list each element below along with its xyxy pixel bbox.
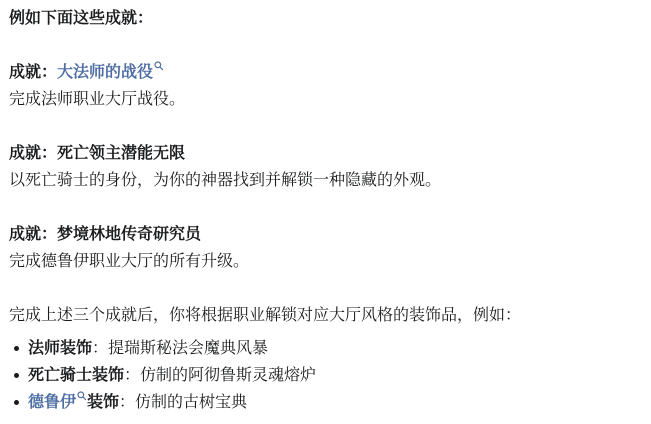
achievement-title-line: 成就：梦境林地传奇研究员 <box>9 226 201 243</box>
summary-paragraph: 完成上述三个成就后，你将根据职业解锁对应大厅风格的装饰品，例如： <box>9 302 641 329</box>
decoration-list: 法师装饰：提瑞斯秘法会魔典风暴 死亡骑士装饰：仿制的阿彻鲁斯灵魂熔炉 德鲁伊装饰… <box>9 335 641 416</box>
decoration-separator: ： <box>119 394 135 411</box>
achievement-title-line: 成就：死亡领主潜能无限 <box>9 145 185 162</box>
achievement-description: 完成法师职业大厅战役。 <box>9 91 185 108</box>
decoration-value: 提瑞斯秘法会魔典风暴 <box>108 340 268 357</box>
achievement-block-deathlord: 成就：死亡领主潜能无限 以死亡骑士的身份，为你的神器找到并解锁一种隐藏的外观。 <box>9 140 641 194</box>
decoration-separator: ： <box>124 367 140 384</box>
achievement-block-dreamgrove: 成就：梦境林地传奇研究员 完成德鲁伊职业大厅的所有升级。 <box>9 221 641 275</box>
achievement-title: 死亡领主潜能无限 <box>57 145 185 162</box>
article-content: 例如下面这些成就： 成就：大法师的战役 完成法师职业大厅战役。 成就：死亡领主潜… <box>0 0 651 416</box>
druid-link[interactable]: 德鲁伊 <box>28 394 87 411</box>
decoration-label: 死亡骑士装饰 <box>28 367 124 384</box>
decoration-label: 装饰 <box>87 394 119 411</box>
achievement-description: 完成德鲁伊职业大厅的所有升级。 <box>9 253 249 270</box>
achievement-block-archmage: 成就：大法师的战役 完成法师职业大厅战役。 <box>9 59 641 113</box>
decoration-value: 仿制的古树宝典 <box>135 394 247 411</box>
achievement-description: 以死亡骑士的身份，为你的神器找到并解锁一种隐藏的外观。 <box>9 172 441 189</box>
decoration-separator: ： <box>92 340 108 357</box>
achievement-title-line: 成就：大法师的战役 <box>9 64 164 81</box>
achievement-label: 成就： <box>9 226 57 243</box>
decoration-value: 仿制的阿彻鲁斯灵魂熔炉 <box>140 367 316 384</box>
search-icon <box>154 61 164 71</box>
intro-heading: 例如下面这些成就： <box>9 5 641 32</box>
decoration-item-death-knight: 死亡骑士装饰：仿制的阿彻鲁斯灵魂熔炉 <box>9 362 641 389</box>
achievement-link-text: 大法师的战役 <box>57 64 153 81</box>
druid-link-text: 德鲁伊 <box>28 394 76 411</box>
decoration-item-druid: 德鲁伊装饰：仿制的古树宝典 <box>9 389 641 416</box>
decoration-label: 法师装饰 <box>28 340 92 357</box>
achievement-label: 成就： <box>9 145 57 162</box>
decoration-item-mage: 法师装饰：提瑞斯秘法会魔典风暴 <box>9 335 641 362</box>
achievement-label: 成就： <box>9 64 57 81</box>
search-icon <box>77 391 87 401</box>
achievement-link-archmage[interactable]: 大法师的战役 <box>57 64 164 81</box>
achievement-title: 梦境林地传奇研究员 <box>57 226 201 243</box>
